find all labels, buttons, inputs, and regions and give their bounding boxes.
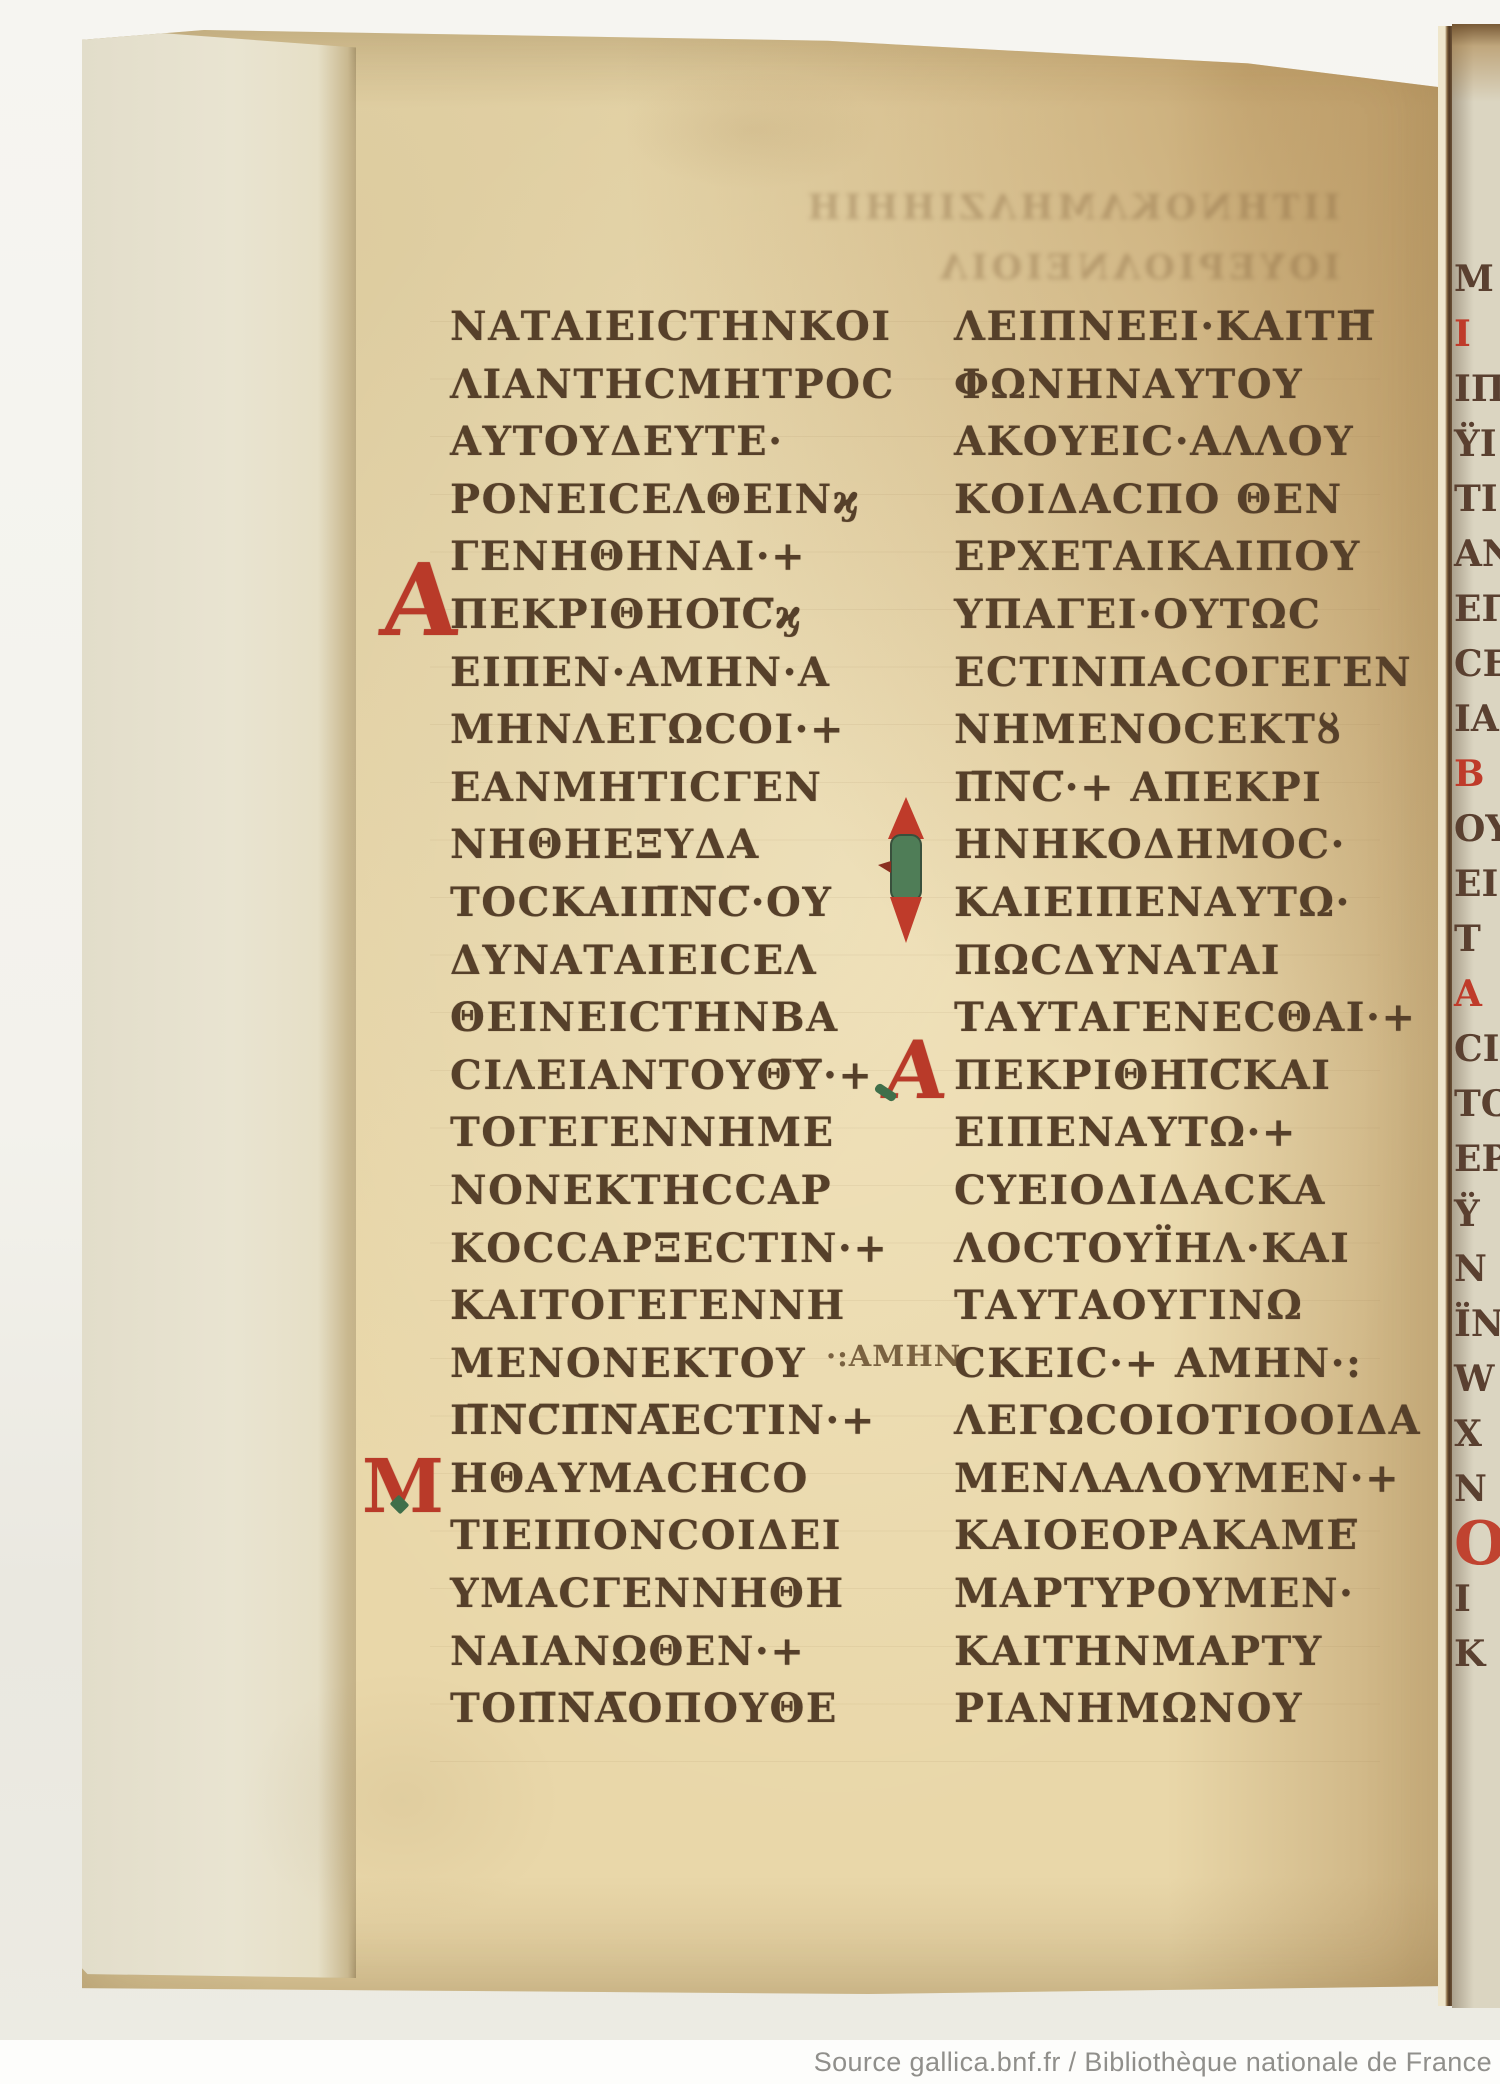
text-line: ΕΙΠΕΝΑΥΤΩ·+: [954, 1104, 1404, 1162]
text-line: ΛΙΑΝΤΗϹΜΗΤΡΟϹ: [450, 356, 842, 414]
parchment-guard-strip: [82, 30, 356, 1978]
text-line: ΤΟΓΕΓΕΝΝΗΜΕ: [450, 1104, 842, 1162]
text-line: ΚΟϹϹΑΡΞΕϹΤΙΝ·+: [450, 1220, 842, 1278]
fragment-line: ΙΠ: [1454, 362, 1500, 417]
gutter-fold-edge: [1438, 26, 1452, 2006]
marginal-amen-note: ·:ΑΜΗΝ: [826, 1339, 961, 1373]
text-line: ΚΑΙΟΕΟΡΑΚΑΜΕ̅: [954, 1507, 1404, 1565]
text-line: ΚΟΙΔΑϹΠΟ ΘΕΝ: [954, 471, 1404, 529]
text-line: ΤΙΕΙΠΟΝϹΟΙΔΕΙ: [450, 1507, 842, 1565]
show-through-line: ΙΙΤΗΝΟΚΛΜΗΛΖΙΗΗΙΗ: [800, 178, 1340, 238]
fragment-line: Τ: [1454, 912, 1500, 967]
fragment-line: Ο: [1454, 1517, 1500, 1572]
rubricated-initial-alpha: Α: [378, 550, 464, 650]
next-page-text-fragments: ΜΙΙΠΫΙΤΙΑΝΕΠϹΕΙΑΒΟΥΕΙΤΑϹΙΤΟΕΡΫΝΪΝWΧΝΟΙΚ: [1454, 252, 1500, 1682]
text-column-left: ΝΑΤΑΙΕΙϹΤΗΝΚΟΙΛΙΑΝΤΗϹΜΗΤΡΟϹΑΥΤΟΥΔΕΥΤΕ·ΡΟ…: [450, 298, 842, 1738]
fragment-line: Β: [1454, 747, 1500, 802]
text-line: ΠΕΚΡΙΘΗΙ̅Ϲ̅ΚΑΙ: [954, 1047, 1404, 1105]
text-line: ΛΕΙΠΝΕΕΙ·ΚΑΙΤΗ̅: [954, 298, 1404, 356]
text-line: ϹΙΛΕΙΑΝΤΟΥΘ̅Υ̅·+: [450, 1047, 842, 1105]
fragment-line: Ϋ: [1454, 1187, 1500, 1242]
text-line: ΛΕΓΩϹΟΙΟΤΙΟΟΙΔΑ: [954, 1392, 1404, 1450]
fragment-line: ΤΟ: [1454, 1077, 1500, 1132]
text-line: ΤΟϹΚΑΙΠ̅Ν̅Ϲ̅·ΟΥ: [450, 874, 842, 932]
text-line: ΠΩϹΔΥΝΑΤΑΙ: [954, 932, 1404, 990]
text-line: ΥΠΑΓΕΙ·ΟΥΤΩϹ: [954, 586, 1404, 644]
fragment-line: Ν: [1454, 1242, 1500, 1297]
text-line: ΚΑΙΤΟΓΕΓΕΝΝΗ: [450, 1277, 842, 1335]
fragment-line: Ι: [1454, 307, 1500, 362]
text-line: ΚΑΙΕΙΠΕΝΑΥΤΩ·: [954, 874, 1404, 932]
text-line: ΝΑΤΑΙΕΙϹΤΗΝΚΟΙ: [450, 298, 842, 356]
text-line: ΝΗΜΕΝΟϹΕΚΤȣ: [954, 701, 1404, 759]
fragment-line: W: [1454, 1352, 1500, 1407]
text-line: ΡΟΝΕΙϹΕΛΘΕΙΝϗ: [450, 471, 842, 529]
fragment-line: Κ: [1454, 1627, 1500, 1682]
text-line: ΕΙΠΕΝ·ΑΜΗΝ·Α: [450, 644, 842, 702]
text-line: ΗΘΑΥΜΑϹΗϹΟ: [450, 1450, 842, 1508]
fragment-line: Ι: [1454, 1572, 1500, 1627]
gallica-source-caption: Source gallica.bnf.fr / Bibliothèque nat…: [0, 2040, 1500, 2084]
initial-alpha-glyph: Α: [879, 1023, 951, 1117]
ink-show-through: ΙΙΤΗΝΟΚΛΜΗΛΖΙΗΗΙΗΙΟΥΕΡΙΟΛΝΕΙΟΙΛ: [800, 178, 1340, 298]
fragment-line: ΕΠ: [1454, 582, 1500, 637]
text-line: ΝΑΙΑΝΩΘΕΝ·+: [450, 1623, 842, 1681]
text-line: ΜΑΡΤΥΡΟΥΜΕΝ·: [954, 1565, 1404, 1623]
text-line: ΕΑΝΜΗΤΙϹΓΕΝ: [450, 759, 842, 817]
fragment-line: ΙΑ: [1454, 692, 1500, 747]
text-line: ΑΚΟΥΕΙϹ·ΑΛΛΟΥ: [954, 413, 1404, 471]
show-through-line: ΙΟΥΕΡΙΟΛΝΕΙΟΙΛ: [800, 238, 1340, 298]
rubricated-initial-alpha-2: Α: [880, 1030, 950, 1110]
text-line: ΗΝΗΚΟΔΗΜΟϹ·: [954, 816, 1404, 874]
text-line: ΚΑΙΤΗΝΜΑΡΤΥ: [954, 1623, 1404, 1681]
parchment-stain: [622, 70, 882, 190]
fragment-line: ΕΙ: [1454, 857, 1500, 912]
fragment-line: ΕΡ: [1454, 1132, 1500, 1187]
text-line: ϹΥΕΙΟΔΙΔΑϹΚΑ: [954, 1162, 1404, 1220]
text-line: ΕϹΤΙΝΠΑϹΟΓΕΓΕΝ: [954, 644, 1404, 702]
next-page-sliver: ΜΙΙΠΫΙΤΙΑΝΕΠϹΕΙΑΒΟΥΕΙΤΑϹΙΤΟΕΡΫΝΪΝWΧΝΟΙΚ: [1452, 24, 1500, 2008]
text-line: ΥΜΑϹΓΕΝΝΗΘΗ: [450, 1565, 842, 1623]
text-line: ΝΟΝΕΚΤΗϹϹΑΡ: [450, 1162, 842, 1220]
text-line: ΜΕΝΟΝΕΚΤΟΥ: [450, 1335, 842, 1393]
text-line: ΘΕΙΝΕΙϹΤΗΝΒΑ: [450, 989, 842, 1047]
rubricated-initial-mu: Μ: [362, 1450, 444, 1524]
text-line: ΜΗΝΛΕΓΩϹΟΙ·+: [450, 701, 842, 759]
digitized-manuscript-scan: ΙΙΤΗΝΟΚΛΜΗΛΖΙΗΗΙΗΙΟΥΕΡΙΟΛΝΕΙΟΙΛ ΝΑΤΑΙΕΙϹ…: [0, 0, 1500, 2084]
fragment-line: Α: [1454, 967, 1500, 1022]
manuscript-page: ΙΙΤΗΝΟΚΛΜΗΛΖΙΗΗΙΗΙΟΥΕΡΙΟΛΝΕΙΟΙΛ ΝΑΤΑΙΕΙϹ…: [82, 30, 1438, 1994]
text-line: ϹΚΕΙϹ·+ ΑΜΗΝ·:: [954, 1335, 1404, 1393]
text-line: ΝΗΘΗΕΞΥΔΑ: [450, 816, 842, 874]
text-line: ΛΟϹΤΟΥΪΗΛ·ΚΑΙ: [954, 1220, 1404, 1278]
initial-mu-glyph: Μ: [362, 1444, 444, 1530]
text-column-right: ΛΕΙΠΝΕΕΙ·ΚΑΙΤΗ̅ΦΩΝΗΝΑΥΤΟΥΑΚΟΥΕΙϹ·ΑΛΛΟΥΚΟ…: [954, 298, 1404, 1738]
fragment-line: ΤΙ: [1454, 472, 1500, 527]
fragment-line: ΪΝ: [1454, 1297, 1500, 1352]
text-line: ΦΩΝΗΝΑΥΤΟΥ: [954, 356, 1404, 414]
fragment-line: Χ: [1454, 1407, 1500, 1462]
text-line: ΤΑΥΤΑΟΥΓΙΝΩ: [954, 1277, 1404, 1335]
text-line: ΡΙΑΝΗΜΩΝΟΥ: [954, 1680, 1404, 1738]
text-line: Π̅Ν̅Ϲ̅·+ ΑΠΕΚΡΙ: [954, 759, 1404, 817]
text-line: ΔΥΝΑΤΑΙΕΙϹΕΛ: [450, 932, 842, 990]
decorated-initial-theta-leaf: [878, 795, 934, 945]
text-line: ΤΑΥΤΑΓΕΝΕϹΘΑΙ·+: [954, 989, 1404, 1047]
text-line: ΠΕΚΡΙΘΗΟΙ̅Ϲ̅ϗ: [450, 586, 842, 644]
scanner-background: ΙΙΤΗΝΟΚΛΜΗΛΖΙΗΗΙΗΙΟΥΕΡΙΟΛΝΕΙΟΙΛ ΝΑΤΑΙΕΙϹ…: [0, 0, 1500, 2040]
fragment-line: Μ: [1454, 252, 1500, 307]
text-line: ΕΡΧΕΤΑΙΚΑΙΠΟΥ: [954, 528, 1404, 586]
fragment-line: ΫΙ: [1454, 417, 1500, 472]
text-line: ΤΟΠ̅Ν̅Α̅ΟΠΟΥΘΕ: [450, 1680, 842, 1738]
fragment-line: ΟΥ: [1454, 802, 1500, 857]
text-line: ΓΕΝΗΘΗΝΑΙ·+: [450, 528, 842, 586]
text-line: ΜΕΝΛΑΛΟΥΜΕΝ·+: [954, 1450, 1404, 1508]
fragment-line: ϹΙ: [1454, 1022, 1500, 1077]
fragment-line: ϹΕ: [1454, 637, 1500, 692]
text-line: Π̅Ν̅Ϲ̅Π̅Ν̅Α̅ΕϹΤΙΝ·+: [450, 1392, 842, 1450]
fragment-line: ΑΝ: [1454, 527, 1500, 582]
text-line: ΑΥΤΟΥΔΕΥΤΕ·: [450, 413, 842, 471]
